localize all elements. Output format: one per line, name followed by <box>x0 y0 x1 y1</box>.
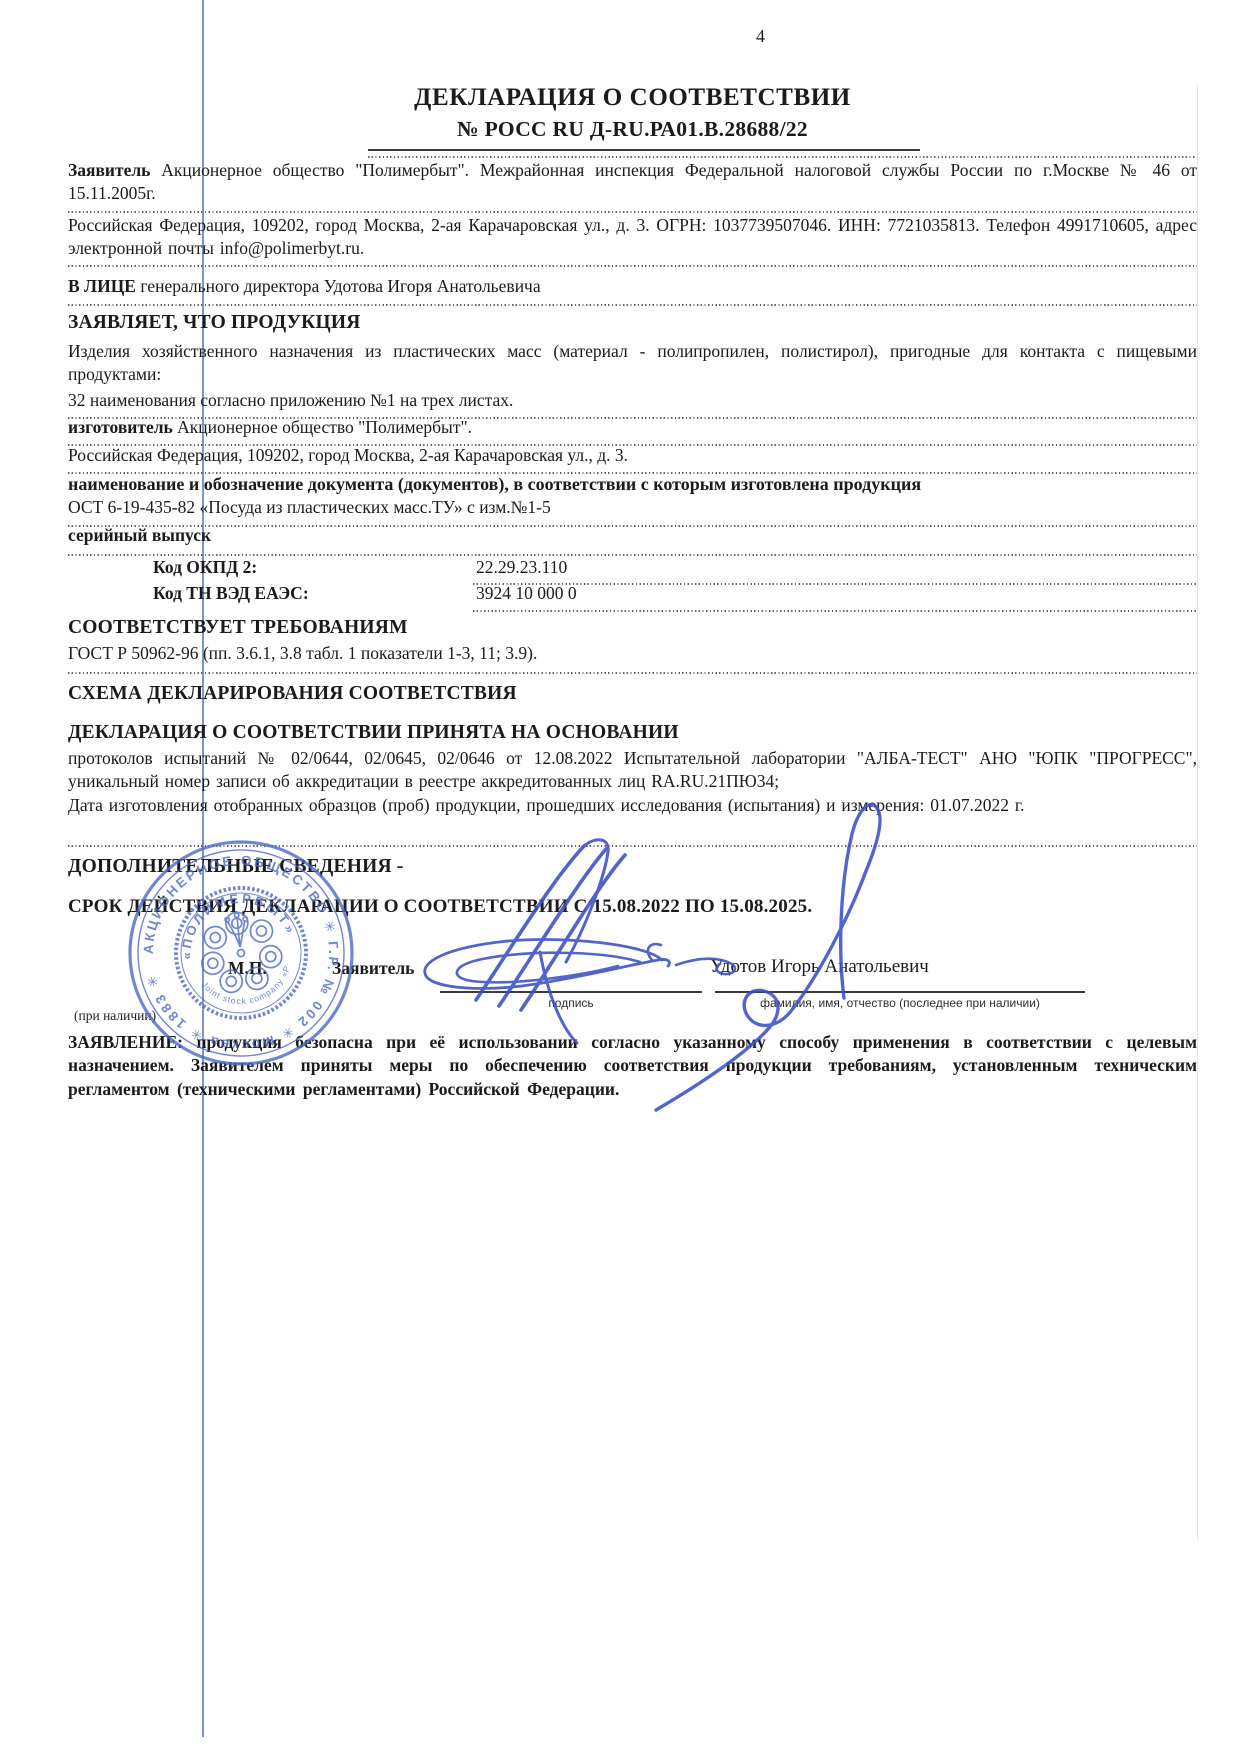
document-page: 4 ДЕКЛАРАЦИЯ О СООТВЕТСТВИИ № РОСС RU Д-… <box>0 0 1240 1755</box>
handwritten-signature <box>0 0 1240 1755</box>
